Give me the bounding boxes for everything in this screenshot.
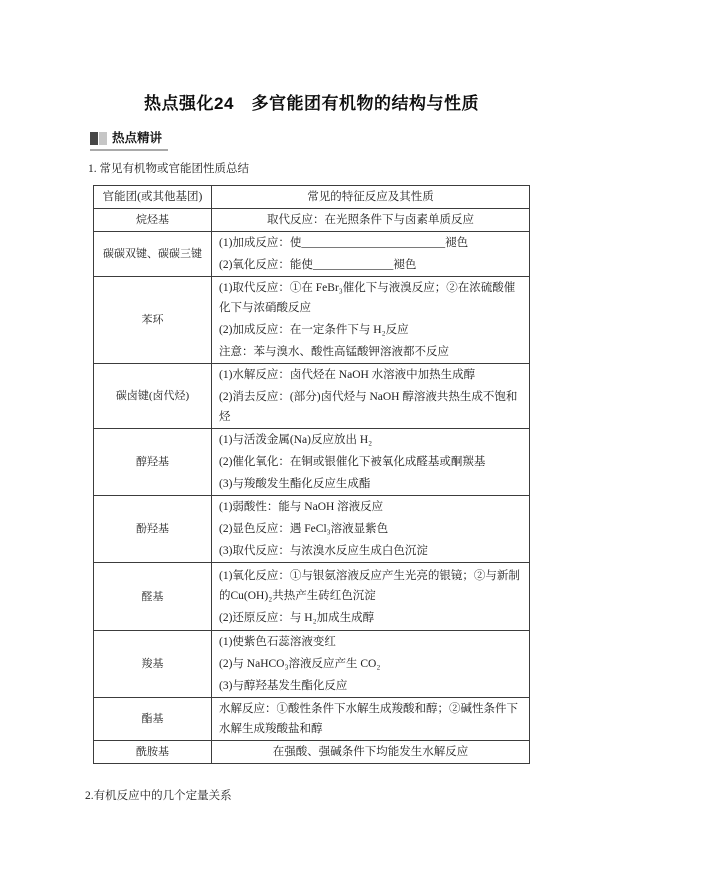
prop-line: (3)取代反应：与浓溴水反应生成白色沉淀 [219, 541, 522, 561]
section-title: 热点精讲 [112, 131, 162, 146]
group-cell: 碳碳双键、碳碳三键 [94, 232, 212, 277]
prop-line: (1)水解反应：卤代烃在 NaOH 水溶液中加热生成醇 [219, 365, 522, 385]
group-cell: 酰胺基 [94, 741, 212, 764]
document-page: 热点强化24 多官能团有机物的结构与性质 热点精讲 1. 常见有机物或官能团性质… [0, 0, 701, 877]
table-row-amide-group: 酰胺基 在强酸、强碱条件下均能发生水解反应 [94, 741, 530, 764]
prop-line: (1)与活泼金属(Na)反应放出 H₂ [219, 430, 522, 450]
prop-line: (1)弱酸性：能与 NaOH 溶液反应 [219, 497, 522, 517]
list-item-2-heading: 2.有机反应中的几个定量关系 [85, 789, 701, 804]
group-cell: 苯环 [94, 277, 212, 364]
table-row-alkyl: 烷烃基 取代反应：在光照条件下与卤素单质反应 [94, 209, 530, 232]
prop-line: (2)显色反应：遇 FeCl₃溶液显紫色 [219, 519, 522, 539]
props-cell: (1)取代反应：①在 FeBr₃催化下与液溴反应；②在浓硫酸催化下与浓硝酸反应 … [212, 277, 530, 364]
group-cell: 酚羟基 [94, 496, 212, 563]
prop-line: (2)还原反应：与 H₂加成生成醇 [219, 608, 522, 628]
prop-line: (3)与羧酸发生酯化反应生成酯 [219, 474, 522, 494]
prop-line: 在强酸、强碱条件下均能发生水解反应 [219, 742, 522, 762]
prop-line: (2)加成反应：在一定条件下与 H₂反应 [219, 320, 522, 340]
prop-line: (1)加成反应：使_________________________褪色 [219, 233, 522, 253]
table-row-ester-group: 酯基 水解反应：①酸性条件下水解生成羧酸和醇；②碱性条件下水解生成羧酸盐和醇 [94, 698, 530, 741]
group-cell: 羧基 [94, 631, 212, 698]
prop-line: (2)催化氧化：在铜或银催化下被氧化成醛基或酮羰基 [219, 452, 522, 472]
header-cell-group: 官能团(或其他基团) [94, 186, 212, 209]
table-header-row: 官能团(或其他基团) 常见的特征反应及其性质 [94, 186, 530, 209]
prop-line: (2)与 NaHCO₃溶液反应产生 CO₂ [219, 654, 522, 674]
group-cell: 烷烃基 [94, 209, 212, 232]
prop-line: (2)消去反应：(部分)卤代烃与 NaOH 醇溶液共热生成不饱和烃 [219, 387, 522, 427]
group-cell: 醇羟基 [94, 429, 212, 496]
page-title: 热点强化24 多官能团有机物的结构与性质 [93, 0, 530, 115]
section-marker-light-icon [99, 132, 107, 145]
table-row-alcohol-hydroxyl: 醇羟基 (1)与活泼金属(Na)反应放出 H₂ (2)催化氧化：在铜或银催化下被… [94, 429, 530, 496]
prop-line: (1)取代反应：①在 FeBr₃催化下与液溴反应；②在浓硫酸催化下与浓硝酸反应 [219, 278, 522, 318]
table-row-double-triple-bond: 碳碳双键、碳碳三键 (1)加成反应：使_____________________… [94, 232, 530, 277]
props-cell: (1)与活泼金属(Na)反应放出 H₂ (2)催化氧化：在铜或银催化下被氧化成醛… [212, 429, 530, 496]
prop-line: (1)氧化反应：①与银氨溶液反应产生光亮的银镜；②与新制的Cu(OH)₂共热产生… [219, 566, 522, 606]
prop-line: (2)氧化反应：能使______________褪色 [219, 255, 522, 275]
table-row-phenol-hydroxyl: 酚羟基 (1)弱酸性：能与 NaOH 溶液反应 (2)显色反应：遇 FeCl₃溶… [94, 496, 530, 563]
prop-line: 注意：苯与溴水、酸性高锰酸钾溶液都不反应 [219, 342, 522, 362]
props-cell: 水解反应：①酸性条件下水解生成羧酸和醇；②碱性条件下水解生成羧酸盐和醇 [212, 698, 530, 741]
table-row-carbon-halogen-bond: 碳卤键(卤代烃) (1)水解反应：卤代烃在 NaOH 水溶液中加热生成醇 (2)… [94, 364, 530, 429]
group-cell: 酯基 [94, 698, 212, 741]
prop-line: (1)使紫色石蕊溶液变红 [219, 632, 522, 652]
prop-line: (3)与醇羟基发生酯化反应 [219, 676, 522, 696]
props-cell: 取代反应：在光照条件下与卤素单质反应 [212, 209, 530, 232]
table-row-benzene-ring: 苯环 (1)取代反应：①在 FeBr₃催化下与液溴反应；②在浓硫酸催化下与浓硝酸… [94, 277, 530, 364]
functional-group-table: 官能团(或其他基团) 常见的特征反应及其性质 烷烃基 取代反应：在光照条件下与卤… [93, 185, 530, 764]
group-cell: 醛基 [94, 563, 212, 631]
header-cell-reactions: 常见的特征反应及其性质 [212, 186, 530, 209]
list-item-1-heading: 1. 常见有机物或官能团性质总结 [88, 162, 701, 177]
props-cell: (1)使紫色石蕊溶液变红 (2)与 NaHCO₃溶液反应产生 CO₂ (3)与醇… [212, 631, 530, 698]
props-cell: (1)水解反应：卤代烃在 NaOH 水溶液中加热生成醇 (2)消去反应：(部分)… [212, 364, 530, 429]
group-cell: 碳卤键(卤代烃) [94, 364, 212, 429]
props-cell: 在强酸、强碱条件下均能发生水解反应 [212, 741, 530, 764]
section-marker-dark-icon [90, 132, 98, 145]
props-cell: (1)弱酸性：能与 NaOH 溶液反应 (2)显色反应：遇 FeCl₃溶液显紫色… [212, 496, 530, 563]
section-header: 热点精讲 [90, 131, 168, 151]
props-cell: (1)加成反应：使_________________________褪色 (2)… [212, 232, 530, 277]
prop-line: 取代反应：在光照条件下与卤素单质反应 [219, 210, 522, 230]
props-cell: (1)氧化反应：①与银氨溶液反应产生光亮的银镜；②与新制的Cu(OH)₂共热产生… [212, 563, 530, 631]
table-row-carboxyl-group: 羧基 (1)使紫色石蕊溶液变红 (2)与 NaHCO₃溶液反应产生 CO₂ (3… [94, 631, 530, 698]
prop-line: 水解反应：①酸性条件下水解生成羧酸和醇；②碱性条件下水解生成羧酸盐和醇 [219, 699, 522, 739]
table-row-aldehyde-group: 醛基 (1)氧化反应：①与银氨溶液反应产生光亮的银镜；②与新制的Cu(OH)₂共… [94, 563, 530, 631]
